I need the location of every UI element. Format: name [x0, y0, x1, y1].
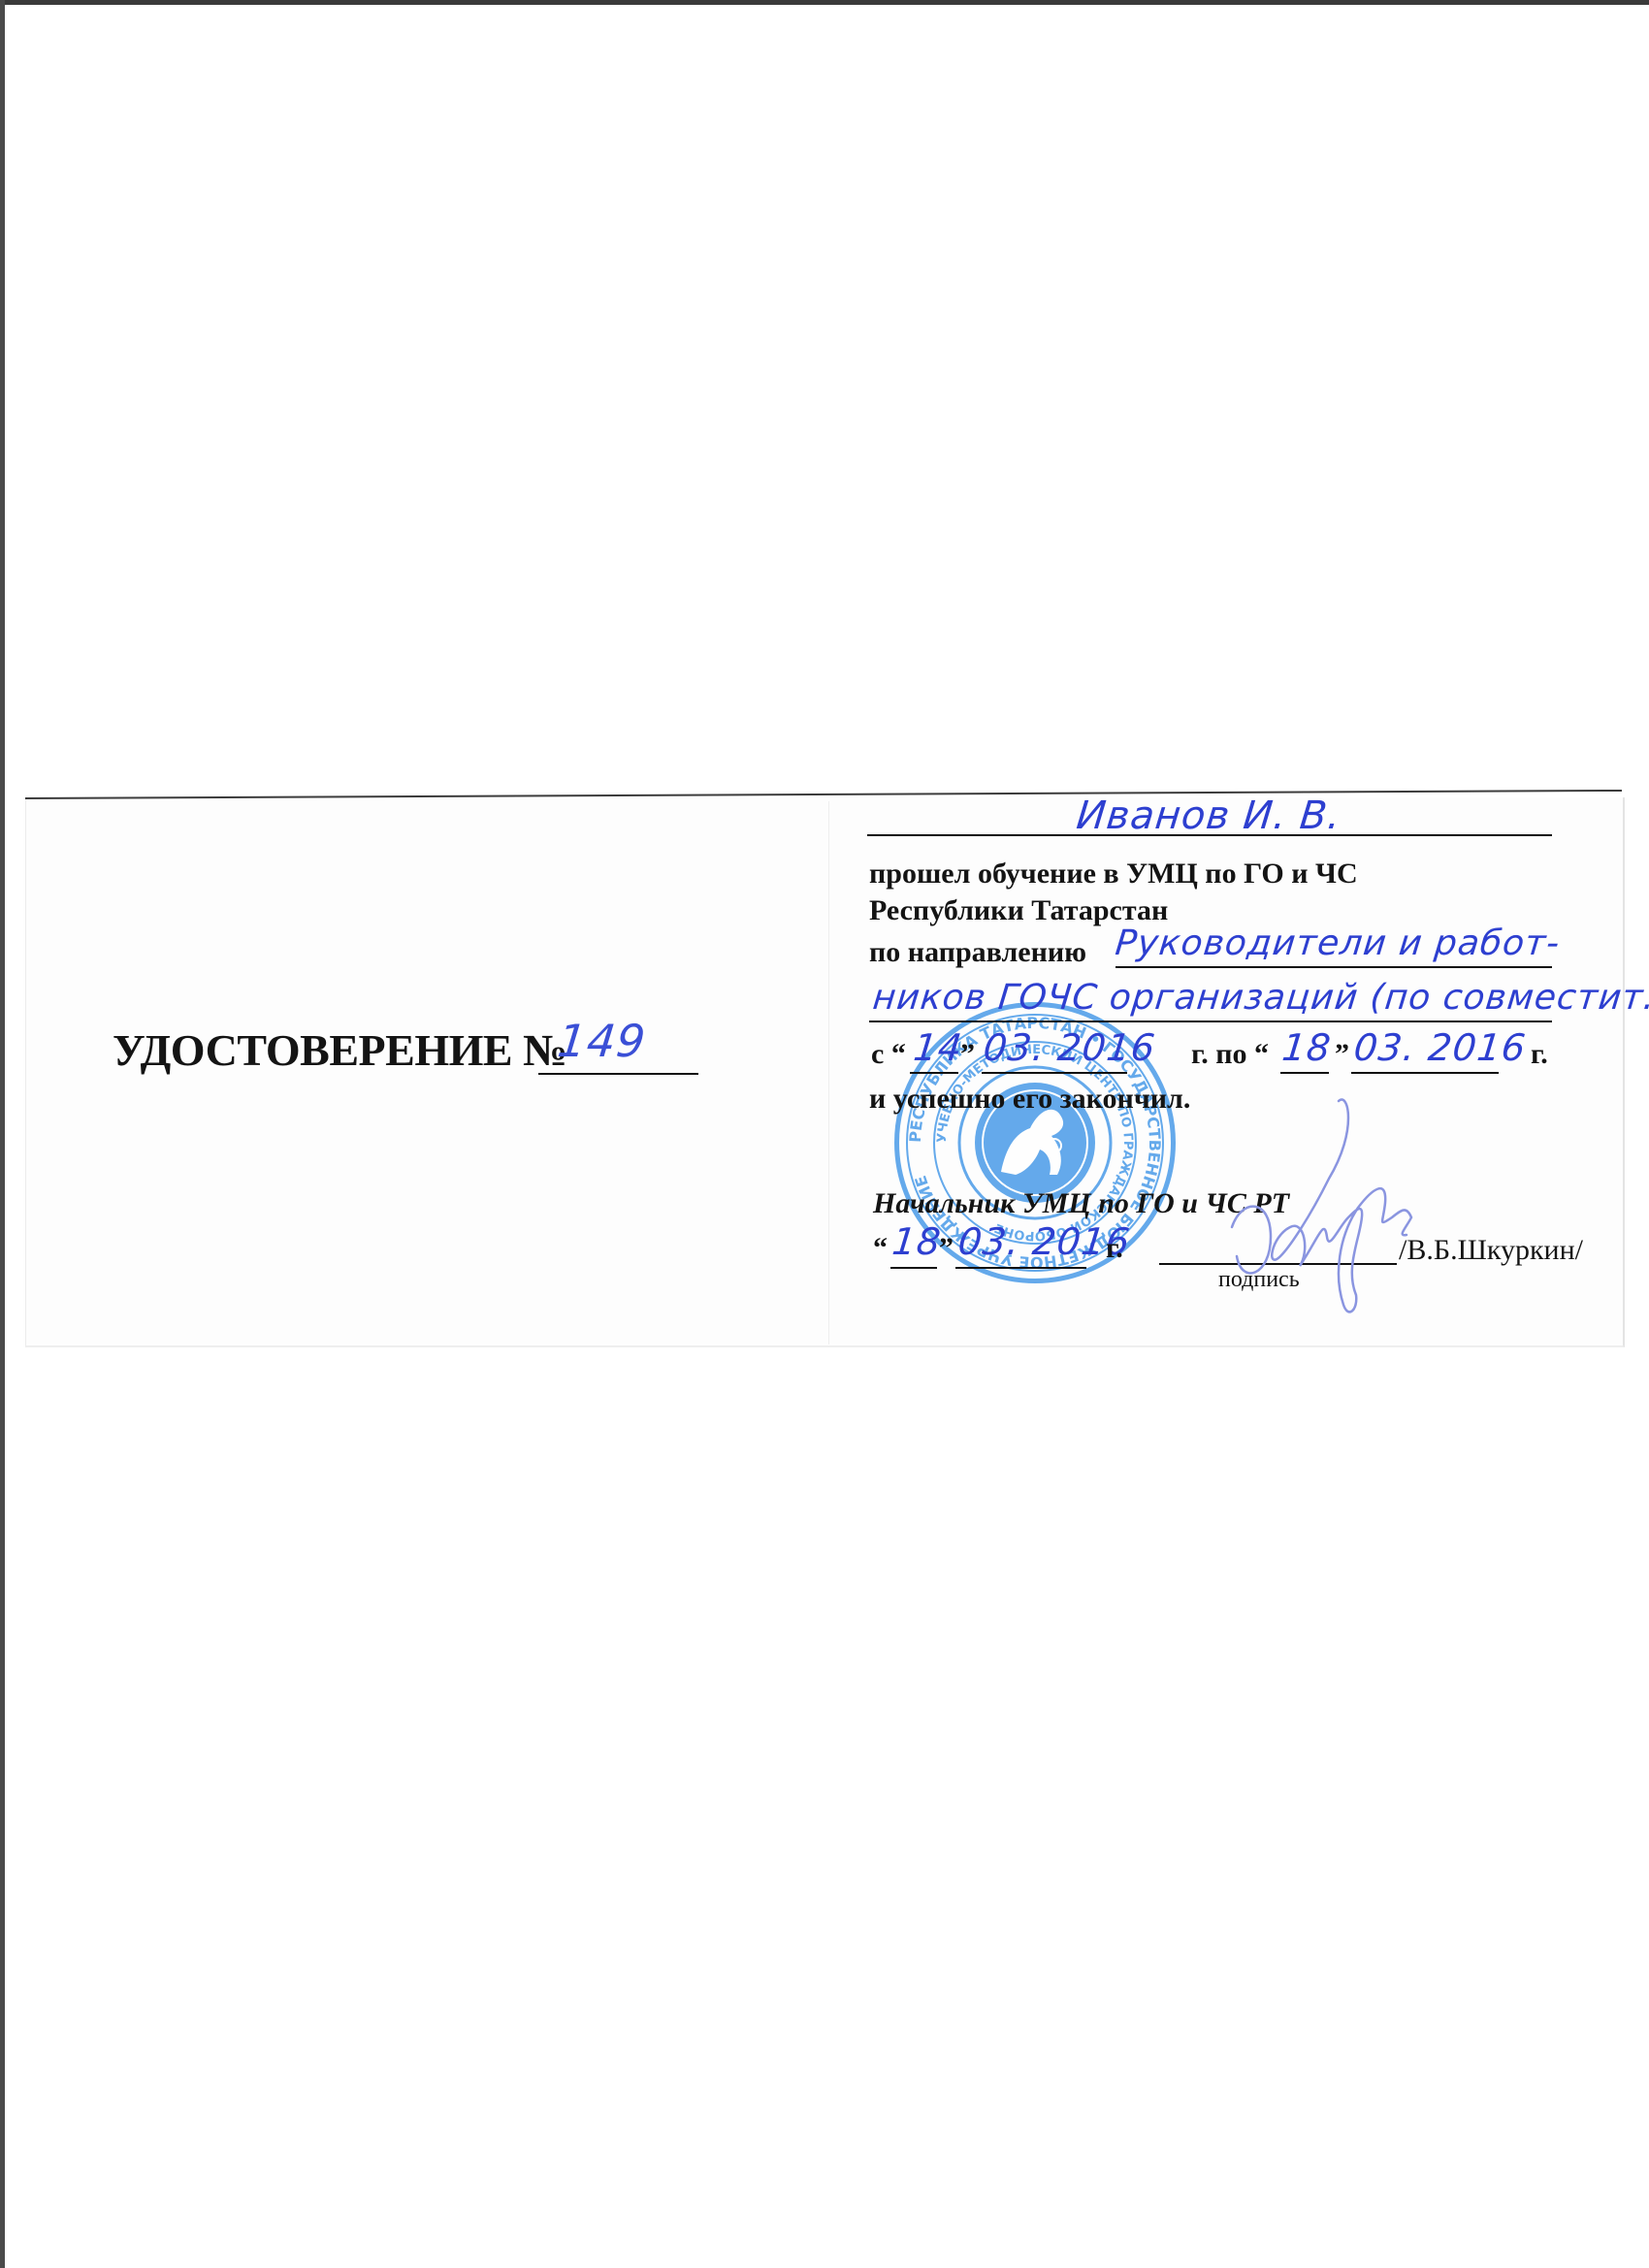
direction-text-1: Руководители и работ- [1114, 923, 1563, 963]
sign-date-close-quote: ” [939, 1232, 954, 1265]
period-to-month-year: 03. 2016 [1352, 1026, 1529, 1069]
from-day-underline [910, 1072, 958, 1074]
period-from-day: 14 [912, 1026, 965, 1069]
from-year-underline [982, 1072, 1127, 1074]
sign-day-underline [890, 1267, 937, 1269]
certificate-title: УДОСТОВЕРЕНИЕ № [113, 1024, 567, 1076]
direction-text-2: ников ГОЧС организаций (по совместит.) [871, 978, 1649, 1018]
direction-underline-2 [869, 1021, 1552, 1022]
period-from-prefix: с “ [871, 1038, 906, 1071]
period-mid-text: г. по “ [1191, 1038, 1269, 1071]
trainee-name: Иванов И. В. [1075, 794, 1343, 838]
sign-date-suffix: г. [1106, 1232, 1123, 1265]
period-to-quote-close: ” [1335, 1038, 1349, 1071]
training-line-1: прошел обучение в УМЦ по ГО и ЧС [869, 858, 1358, 891]
to-day-underline [1280, 1072, 1329, 1074]
direction-label: по направлению [869, 936, 1086, 969]
sign-date-open-quote: “ [873, 1232, 888, 1265]
to-year-underline [1351, 1072, 1499, 1074]
sign-year-underline [955, 1267, 1086, 1269]
period-to-day: 18 [1280, 1026, 1334, 1069]
scan-border-top [0, 0, 1649, 5]
signature-icon [1212, 1091, 1426, 1324]
training-line-2: Республики Татарстан [869, 894, 1168, 927]
scan-border-left [0, 0, 5, 2268]
period-quote-close: ” [960, 1038, 975, 1071]
certificate-number: 149 [555, 1015, 648, 1067]
signatory-name: /В.Б.Шкуркин/ [1399, 1234, 1583, 1267]
sign-date-day: 18 [890, 1220, 944, 1263]
name-underline [867, 834, 1552, 836]
period-from-month-year: 03. 2016 [982, 1026, 1158, 1069]
signature-scribble [1212, 1091, 1426, 1329]
certificate-number-underline [538, 1073, 698, 1075]
card-fold-line [828, 801, 829, 1345]
completion-text: и успешно его закончил. [869, 1083, 1190, 1116]
period-suffix: г. [1531, 1038, 1548, 1071]
direction-underline-1 [1115, 966, 1552, 968]
